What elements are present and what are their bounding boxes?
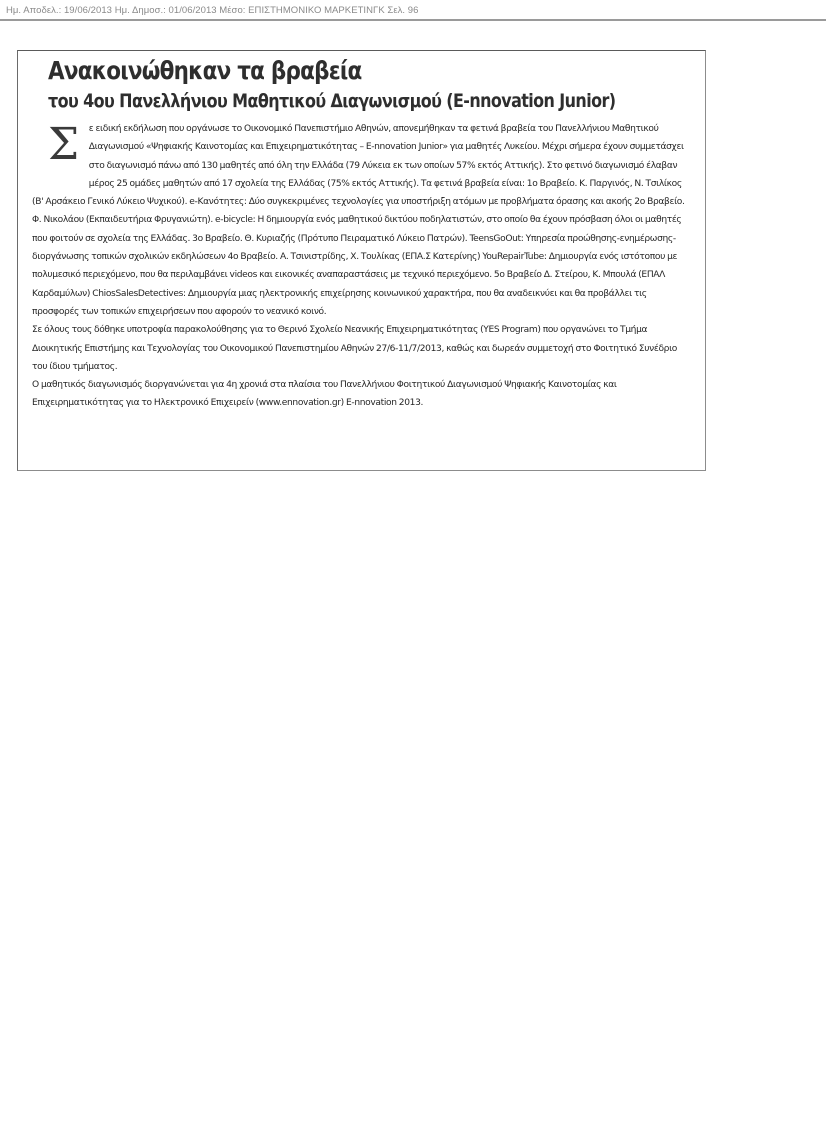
article-paragraph-3: Ο μαθητικός διαγωνισμός διοργανώνεται γι… [32, 376, 692, 413]
article-paragraph-2: Σε όλους τους δόθηκε υποτροφία παρακολού… [32, 321, 692, 376]
article-subheadline: του 4ου Πανελλήνιου Μαθητικού Διαγωνισμο… [48, 89, 615, 113]
article-box: Ανακοινώθηκαν τα βραβεία του 4ου Πανελλή… [17, 50, 706, 471]
clip-header: Ημ. Αποδελ.: 19/06/2013 Ημ. Δημοσ.: 01/0… [0, 0, 826, 21]
article-paragraph-1-text: ε ειδική εκδήλωση που οργάνωσε το Οικονο… [32, 124, 685, 317]
article-headline: Ανακοινώθηκαν τα βραβεία [48, 57, 362, 85]
article-paragraph-1: Σε ειδική εκδήλωση που οργάνωσε το Οικον… [32, 120, 692, 321]
drop-cap: Σ [48, 125, 79, 175]
clip-header-text: Ημ. Αποδελ.: 19/06/2013 Ημ. Δημοσ.: 01/0… [6, 5, 418, 16]
article-body: Σε ειδική εκδήλωση που οργάνωσε το Οικον… [32, 120, 692, 413]
